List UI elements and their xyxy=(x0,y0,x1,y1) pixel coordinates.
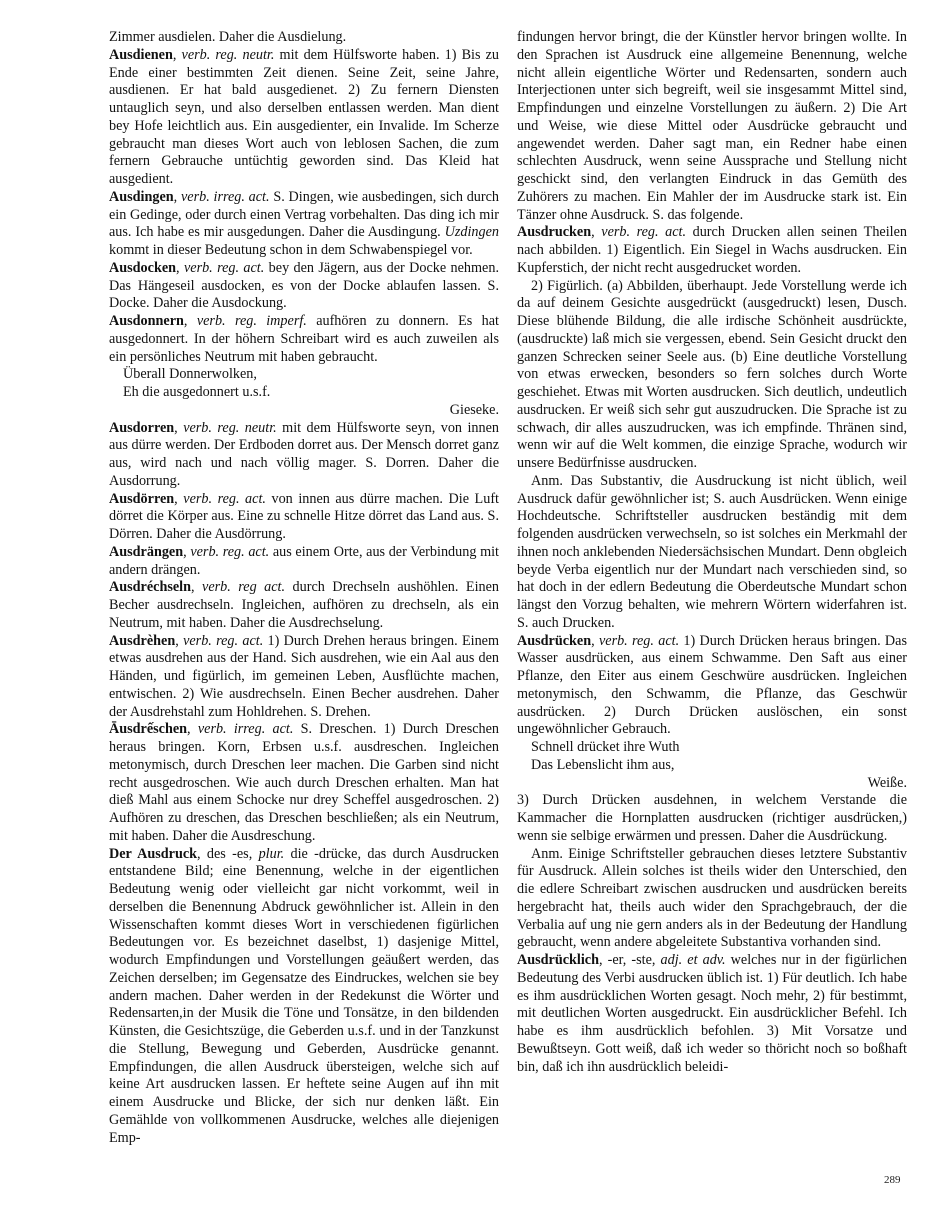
entry-ausdocken: Ausdocken, verb. reg. act. bey den Jäger… xyxy=(109,260,499,313)
entry-ausdruecken: Ausdrücken, verb. reg. act. 1) Durch Drü… xyxy=(517,633,907,740)
grammar-label: verb. reg. act. xyxy=(599,633,679,649)
sense-continuation: 3) Durch Drücken ausdehnen, in welchem V… xyxy=(517,792,907,845)
grammar-label: plur. xyxy=(259,846,285,862)
attribution: Gieseke. xyxy=(109,402,499,420)
entry-ausdoerren: Ausdörren, verb. reg. act. von innen aus… xyxy=(109,491,499,544)
definition: , -er, -ste, xyxy=(599,952,661,968)
grammar-label: verb. irreg. act. xyxy=(198,721,294,737)
entry-ausdingen: Ausdingen, verb. irreg. act. S. Dingen, … xyxy=(109,189,499,260)
lemma: Ausdingen xyxy=(109,189,174,205)
grammar-label: verb. reg. act. xyxy=(190,544,269,560)
grammar-label: verb. reg act. xyxy=(202,579,285,595)
left-column: Zimmer ausdielen. Daher die Ausdielung. … xyxy=(109,29,499,1147)
lemma: Ausdrücken xyxy=(517,633,591,649)
verse-line: Überall Donnerwolken, xyxy=(109,366,499,384)
grammar-label: verb. reg. neutr. xyxy=(182,47,275,63)
lemma: Āusdrếschen xyxy=(109,721,187,737)
verse-line: Das Lebenslicht ihm aus, xyxy=(517,757,907,775)
page-number: 289 xyxy=(884,1174,901,1186)
lemma: Ausdorren xyxy=(109,420,174,436)
grammar-label: verb. reg. act. xyxy=(184,260,264,276)
continuation-text: Zimmer ausdielen. Daher die Ausdielung. xyxy=(109,29,499,47)
entry-ausdraengen: Ausdrängen, verb. reg. act. aus einem Or… xyxy=(109,544,499,580)
annotation-note: Anm. Einige Schriftsteller gebrauchen di… xyxy=(517,846,907,953)
entry-ausdrehen: Ausdrèhen, verb. reg. act. 1) Durch Dreh… xyxy=(109,633,499,722)
entry-ausdreschen: Āusdrếschen, verb. irreg. act. S. Dres… xyxy=(109,721,499,845)
attribution: Weiße. xyxy=(517,775,907,793)
lemma: Ausdrücklich xyxy=(517,952,599,968)
lemma: Der Ausdruck xyxy=(109,846,197,862)
definition: mit dem Hülfsworte haben. 1) Bis zu Ende… xyxy=(109,47,499,187)
lemma: Ausdrèhen xyxy=(109,633,175,649)
grammar-label: verb. reg. act. xyxy=(183,491,266,507)
grammar-label: verb. reg. imperf. xyxy=(197,313,307,329)
grammar-label: verb. reg. neutr. xyxy=(183,420,277,436)
definition: , des -es, xyxy=(197,846,259,862)
definition-cont: kommt in dieser Bedeutung schon in dem S… xyxy=(109,242,473,258)
lemma: Ausdienen xyxy=(109,47,173,63)
entry-der-ausdruck: Der Ausdruck, des -es, plur. die -drücke… xyxy=(109,846,499,1148)
definition: S. Dreschen. 1) Durch Dreschen heraus br… xyxy=(109,721,499,844)
entry-ausdrucken: Ausdrucken, verb. reg. act. durch Drucke… xyxy=(517,224,907,277)
right-column: findungen hervor bringt, die der Künstle… xyxy=(517,29,907,1076)
entry-ausdonnern: Ausdonnern, verb. reg. imperf. aufhören … xyxy=(109,313,499,366)
definition-cont: welches nur in der figürlichen Bedeutung… xyxy=(517,952,907,1075)
verse-line: Eh die ausgedonnert u.s.f. xyxy=(109,384,499,402)
grammar-label: verb. irreg. act. xyxy=(181,189,270,205)
continuation-text: findungen hervor bringt, die der Künstle… xyxy=(517,29,907,224)
lemma: Ausdrängen xyxy=(109,544,183,560)
annotation-note: Anm. Das Substantiv, die Ausdruckung ist… xyxy=(517,473,907,633)
lemma: Ausdonnern xyxy=(109,313,184,329)
grammar-label: verb. reg. act. xyxy=(601,224,686,240)
italic-term: Uzdingen xyxy=(445,224,499,240)
lemma: Ausdrucken xyxy=(517,224,591,240)
lemma: Ausdocken xyxy=(109,260,176,276)
definition-cont: die -drücke, das durch Ausdrucken entsta… xyxy=(109,846,499,1146)
grammar-label: adj. et adv. xyxy=(661,952,726,968)
lemma: Ausdörren xyxy=(109,491,174,507)
grammar-label: verb. reg. act. xyxy=(183,633,263,649)
dictionary-page: Zimmer ausdielen. Daher die Ausdielung. … xyxy=(0,0,935,1210)
entry-ausdienen: Ausdienen, verb. reg. neutr. mit dem Hül… xyxy=(109,47,499,189)
entry-ausdruecklich: Ausdrücklich, -er, -ste, adj. et adv. we… xyxy=(517,952,907,1076)
verse-line: Schnell drücket ihre Wuth xyxy=(517,739,907,757)
entry-ausdorren: Ausdorren, verb. reg. neutr. mit dem Hül… xyxy=(109,420,499,491)
entry-ausdrechseln: Ausdréchseln, verb. reg act. durch Drec… xyxy=(109,579,499,632)
lemma: Ausdréchseln xyxy=(109,579,191,595)
sense-figuerlich: 2) Figürlich. (a) Abbilden, überhaupt. J… xyxy=(517,278,907,473)
